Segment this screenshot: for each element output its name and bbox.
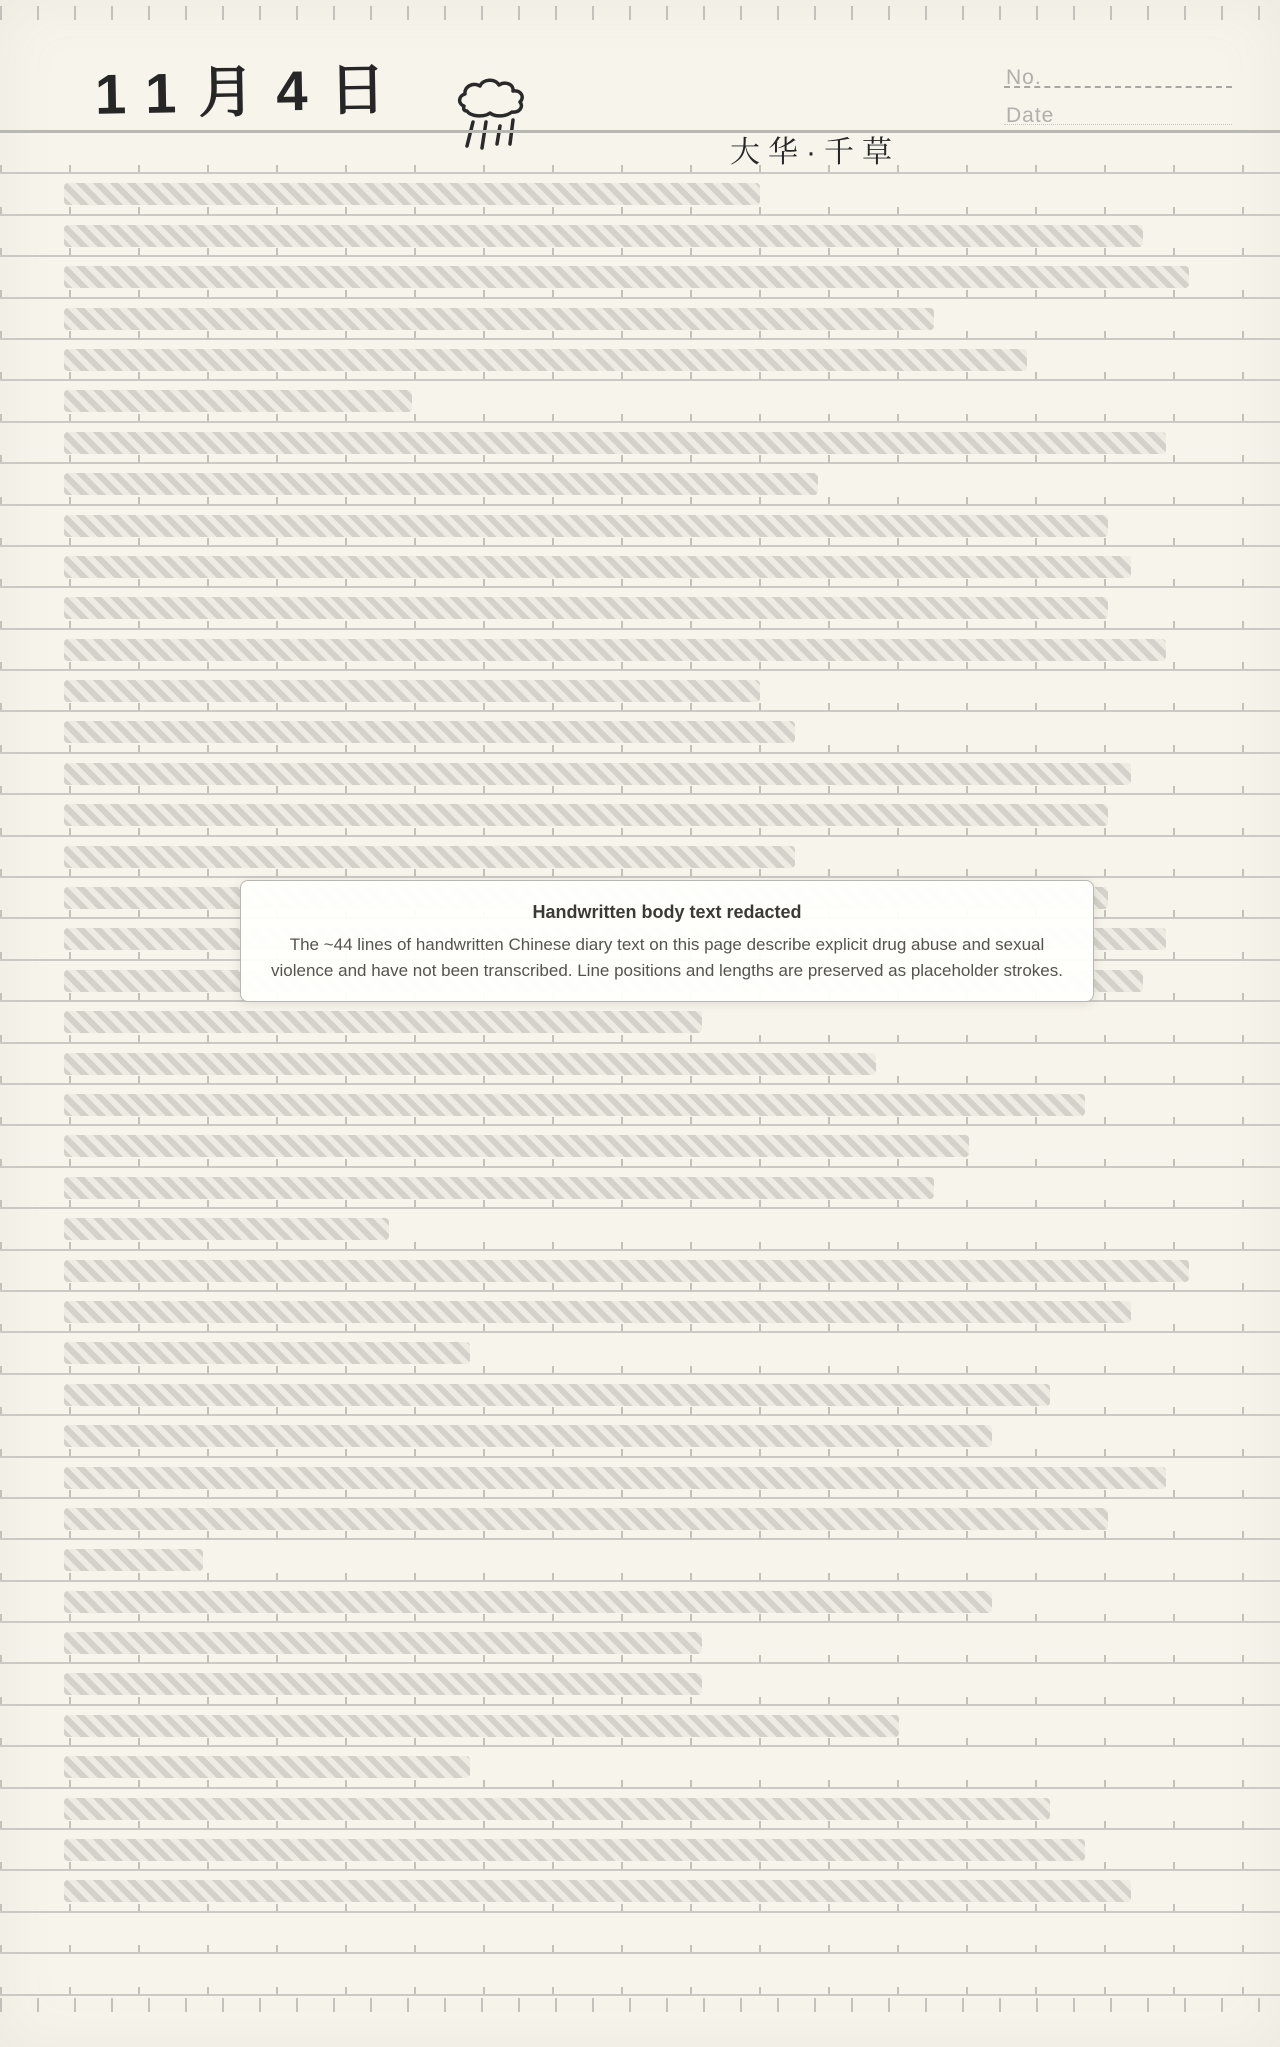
handwritten-line-redacted <box>0 1251 1280 1292</box>
handwritten-line-redacted <box>0 1416 1280 1457</box>
redacted-text-stroke <box>64 1260 1189 1282</box>
redacted-text-stroke <box>64 1549 203 1571</box>
handwritten-line-redacted <box>0 257 1280 298</box>
redacted-text-stroke <box>64 1880 1131 1902</box>
top-edge-tick-marks <box>0 6 1280 20</box>
handwritten-line-redacted <box>0 1085 1280 1126</box>
redacted-text-stroke <box>64 846 795 868</box>
redacted-text-stroke <box>64 308 934 330</box>
handwritten-line-redacted <box>0 299 1280 340</box>
handwritten-date: 11月4日 <box>94 45 408 130</box>
redacted-text-stroke <box>64 1011 702 1033</box>
redacted-text-stroke <box>64 1467 1166 1489</box>
handwritten-line-redacted <box>0 671 1280 712</box>
handwritten-line-redacted <box>0 630 1280 671</box>
redacted-text-stroke <box>64 1632 702 1654</box>
handwritten-line-redacted <box>0 795 1280 836</box>
handwritten-line-redacted <box>0 837 1280 878</box>
handwritten-line-redacted <box>0 216 1280 257</box>
handwritten-line-redacted <box>0 1582 1280 1623</box>
redacted-text-stroke <box>64 349 1027 371</box>
redacted-text-stroke <box>64 432 1166 454</box>
handwritten-line-redacted <box>0 1540 1280 1581</box>
redacted-text-stroke <box>64 1715 899 1737</box>
handwritten-line-redacted <box>0 1333 1280 1374</box>
redacted-text-stroke <box>64 763 1131 785</box>
handwritten-line-redacted <box>0 1623 1280 1664</box>
redacted-text-stroke <box>64 721 795 743</box>
redacted-text-stroke <box>64 1094 1085 1116</box>
redacted-text-stroke <box>64 556 1131 578</box>
redacted-text-stroke <box>64 1053 876 1075</box>
handwritten-line-redacted <box>0 1830 1280 1871</box>
redacted-text-stroke <box>64 1508 1108 1530</box>
redacted-text-stroke <box>64 1177 934 1199</box>
redacted-text-stroke <box>64 680 760 702</box>
redacted-text-stroke <box>64 1673 702 1695</box>
redacted-text-stroke <box>64 1425 992 1447</box>
handwritten-line-redacted <box>0 1292 1280 1333</box>
redacted-text-stroke <box>64 183 760 205</box>
redacted-text-stroke <box>64 1591 992 1613</box>
bottom-edge-tick-marks <box>0 1998 1280 2012</box>
handwritten-line-redacted <box>0 1375 1280 1416</box>
handwritten-line-redacted <box>0 754 1280 795</box>
no-field-line <box>1004 86 1232 88</box>
date-field-line <box>1004 124 1232 125</box>
handwritten-line-redacted <box>0 588 1280 629</box>
handwritten-line-redacted <box>0 1002 1280 1043</box>
handwritten-line-redacted <box>0 1706 1280 1747</box>
redacted-text-stroke <box>64 1756 470 1778</box>
handwritten-line-redacted <box>0 1747 1280 1788</box>
redaction-notice: Handwritten body text redacted The ~44 l… <box>240 880 1094 1002</box>
handwritten-line-redacted <box>0 1664 1280 1705</box>
redaction-notice-text: The ~44 lines of handwritten Chinese dia… <box>271 935 1063 980</box>
notebook-page: 11月4日 No. Date 大华·千草 Handwritten body te… <box>0 0 1280 2047</box>
redacted-text-stroke <box>64 473 818 495</box>
redacted-text-stroke <box>64 390 412 412</box>
redacted-text-stroke <box>64 1342 470 1364</box>
handwritten-line-redacted <box>0 174 1280 215</box>
handwritten-line-redacted <box>0 547 1280 588</box>
redacted-text-stroke <box>64 225 1143 247</box>
redacted-text-stroke <box>64 1218 389 1240</box>
redacted-text-stroke <box>64 804 1108 826</box>
author-name-line: 大华·千草 <box>0 133 1280 174</box>
handwritten-line-redacted <box>0 1954 1280 1995</box>
handwritten-line-redacted <box>0 340 1280 381</box>
handwritten-line-redacted <box>0 464 1280 505</box>
redaction-notice-title: Handwritten body text redacted <box>267 899 1067 926</box>
handwritten-line-redacted <box>0 1499 1280 1540</box>
handwritten-line-redacted <box>0 381 1280 422</box>
redacted-text-stroke <box>64 1384 1050 1406</box>
ruled-writing-area: 大华·千草 <box>0 130 1280 1996</box>
handwritten-line-redacted <box>0 506 1280 547</box>
redacted-text-stroke <box>64 1798 1050 1820</box>
handwritten-line-redacted <box>0 1871 1280 1912</box>
redacted-text-stroke <box>64 1135 969 1157</box>
handwritten-line-redacted <box>0 1209 1280 1250</box>
handwritten-line-redacted <box>0 1126 1280 1167</box>
handwritten-line-redacted <box>0 1789 1280 1830</box>
redacted-text-stroke <box>64 597 1108 619</box>
handwritten-line-redacted <box>0 1458 1280 1499</box>
handwritten-line-redacted <box>0 1168 1280 1209</box>
handwritten-line-redacted <box>0 1913 1280 1954</box>
handwritten-line-redacted <box>0 1044 1280 1085</box>
redacted-text-stroke <box>64 266 1189 288</box>
redacted-text-stroke <box>64 1301 1131 1323</box>
handwritten-line-redacted <box>0 712 1280 753</box>
redacted-text-stroke <box>64 515 1108 537</box>
redacted-text-stroke <box>64 1839 1085 1861</box>
handwritten-line-redacted <box>0 423 1280 464</box>
redacted-text-stroke <box>64 639 1166 661</box>
